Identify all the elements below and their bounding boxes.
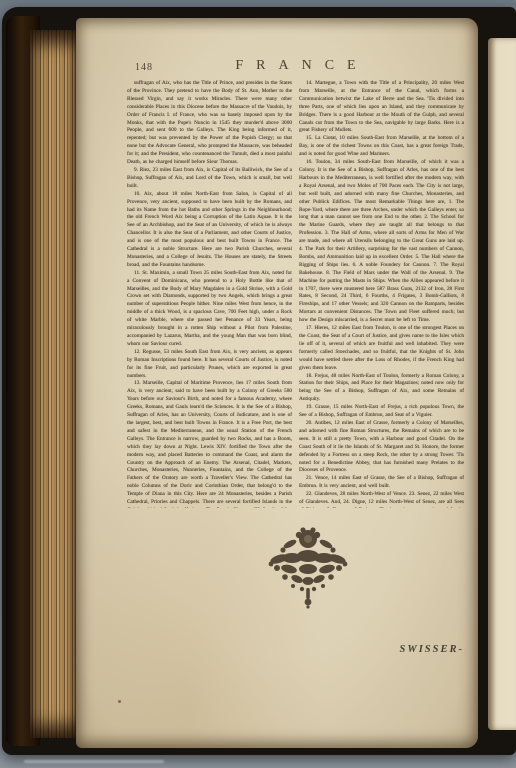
text-column-right: 14. Martegue, a Town with the Title of a… [299,80,464,508]
scanned-book-photo: 148 FRANCE suffragan of Aix, who has the… [0,0,516,768]
paragraph: suffragan of Aix, who has the Title of P… [127,80,292,167]
paragraph: 19. Grasse, 15 miles North-East of Freju… [299,404,464,420]
book-page: 148 FRANCE suffragan of Aix, who has the… [76,18,478,748]
running-head-title: FRANCE [127,58,464,74]
paragraph: 11. St. Maximin, a small Town 25 miles S… [127,270,292,349]
text-column-left: suffragan of Aix, who has the Title of P… [127,80,292,508]
catchword: SWISSER- [316,644,464,655]
facing-page-edge [488,38,516,730]
paragraph: 21. Vence, 14 miles East of Grasse, the … [299,475,464,491]
paragraph: 22. Glandeves, 28 miles North-West of Ve… [299,491,464,508]
paragraph: 16. Toulon, 34 miles South-East from Mar… [299,159,464,325]
paragraph: 17. Hieres, 12 miles East from Toulon, i… [299,325,464,372]
paragraph: 10. Aix, about 18 miles North-East from … [127,191,292,270]
paragraph: 15. La Ciotat, 10 miles South-East from … [299,135,464,159]
paragraph: 13. Marseille, Capital of Maritime Prove… [127,380,292,508]
paragraph: 12. Regusse, 53 miles South East from Ai… [127,349,292,381]
paragraph: 18. Frejus, 48 miles North-East of Toulo… [299,373,464,405]
page-edges [30,30,80,738]
paragraph: 20. Antibes, 12 miles East of Grasse, fo… [299,420,464,475]
paragraph: 9. Riez, 23 miles East from Aix, is Capi… [127,167,292,191]
fleuron-ornament-icon [259,526,357,610]
watermark-smudge [24,760,164,763]
paragraph: 14. Martegue, a Town with the Title of a… [299,80,464,135]
scan-speck [118,700,121,703]
text-block: suffragan of Aix, who has the Title of P… [127,80,464,508]
